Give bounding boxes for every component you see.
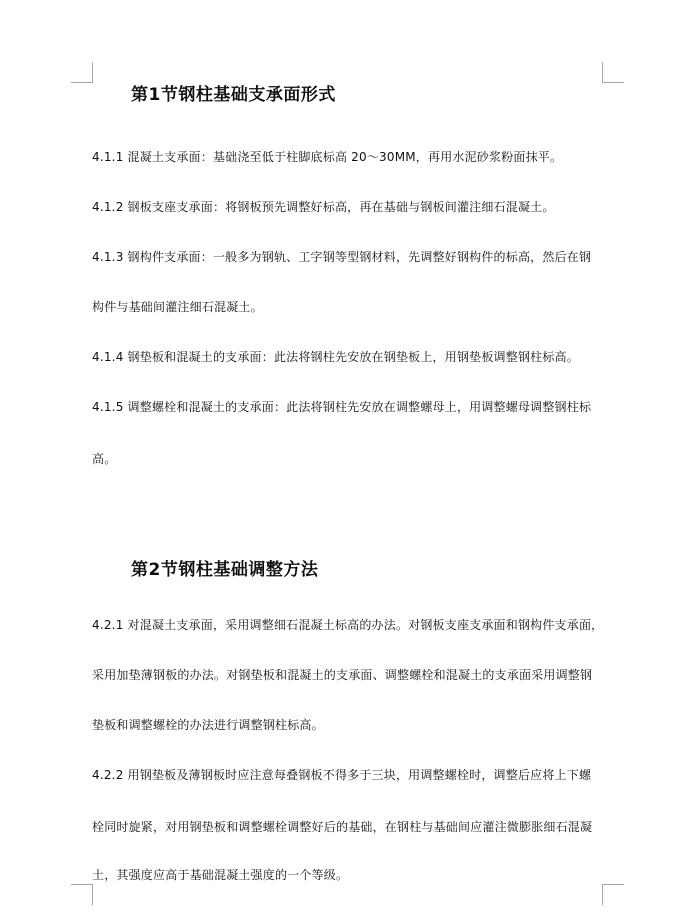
paragraph-4-1-3-line-1: 4.1.3 钢构件支承面：一般多为钢轨、工字钢等型钢材料，先调整好钢构件的标高，… bbox=[92, 250, 612, 264]
paragraph-4-1-3-line-2: 构件与基础间灌注细石混凝土。 bbox=[92, 300, 612, 314]
paragraph-4-1-2: 4.1.2 钢板支座支承面：将钢板预先调整好标高，再在基础与钢板间灌注细石混凝土… bbox=[92, 200, 612, 214]
paragraph-4-1-5-line-1: 4.1.5 调整螺栓和混凝土的支承面：此法将钢柱先安放在调整螺母上，用调整螺母调… bbox=[92, 400, 612, 414]
page-corner-mark-bottom-right bbox=[602, 884, 624, 905]
paragraph-4-2-2-line-1: 4.2.2 用钢垫板及薄钢板时应注意每叠钢板不得多于三块，用调整螺栓时，调整后应… bbox=[92, 768, 612, 782]
paragraph-4-2-1-line-3: 垫板和调整螺栓的办法进行调整钢柱标高。 bbox=[92, 718, 612, 732]
section-heading-1: 第1节钢柱基础支承面形式 bbox=[131, 80, 336, 105]
paragraph-4-2-2-line-3: 土，其强度应高于基础混凝土强度的一个等级。 bbox=[92, 868, 612, 882]
paragraph-4-2-1-line-1: 4.2.1 对混凝土支承面，采用调整细石混凝土标高的办法。对钢板支座支承面和钢构… bbox=[92, 618, 612, 632]
page-corner-mark-top-right bbox=[602, 62, 624, 83]
paragraph-4-1-4: 4.1.4 钢垫板和混凝土的支承面：此法将钢柱先安放在钢垫板上，用钢垫板调整钢柱… bbox=[92, 350, 612, 364]
section-heading-2: 第2节钢柱基础调整方法 bbox=[131, 555, 318, 580]
page-corner-mark-top-left bbox=[71, 62, 93, 83]
page-corner-mark-bottom-left bbox=[71, 884, 93, 905]
paragraph-4-2-2-line-2: 栓同时旋紧，对用钢垫板和调整螺栓调整好后的基础，在钢柱与基础间应灌注微膨胀细石混… bbox=[92, 820, 612, 834]
paragraph-4-1-1: 4.1.1 混凝土支承面：基础浇至低于柱脚底标高 20～30MM，再用水泥砂浆粉… bbox=[92, 150, 612, 164]
paragraph-4-2-1-line-2: 采用加垫薄钢板的办法。对钢垫板和混凝土的支承面、调整螺栓和混凝土的支承面采用调整… bbox=[92, 668, 612, 682]
paragraph-4-1-5-line-2: 高。 bbox=[92, 452, 612, 466]
